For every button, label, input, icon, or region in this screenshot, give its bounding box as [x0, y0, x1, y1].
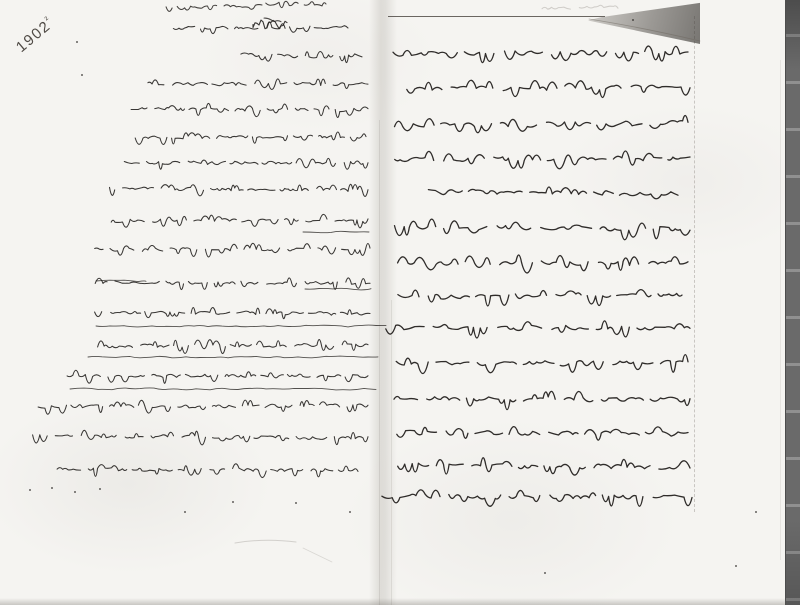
scanned-letter-background: 1902² — [0, 0, 800, 605]
handwriting-strokes-svg — [0, 0, 800, 605]
